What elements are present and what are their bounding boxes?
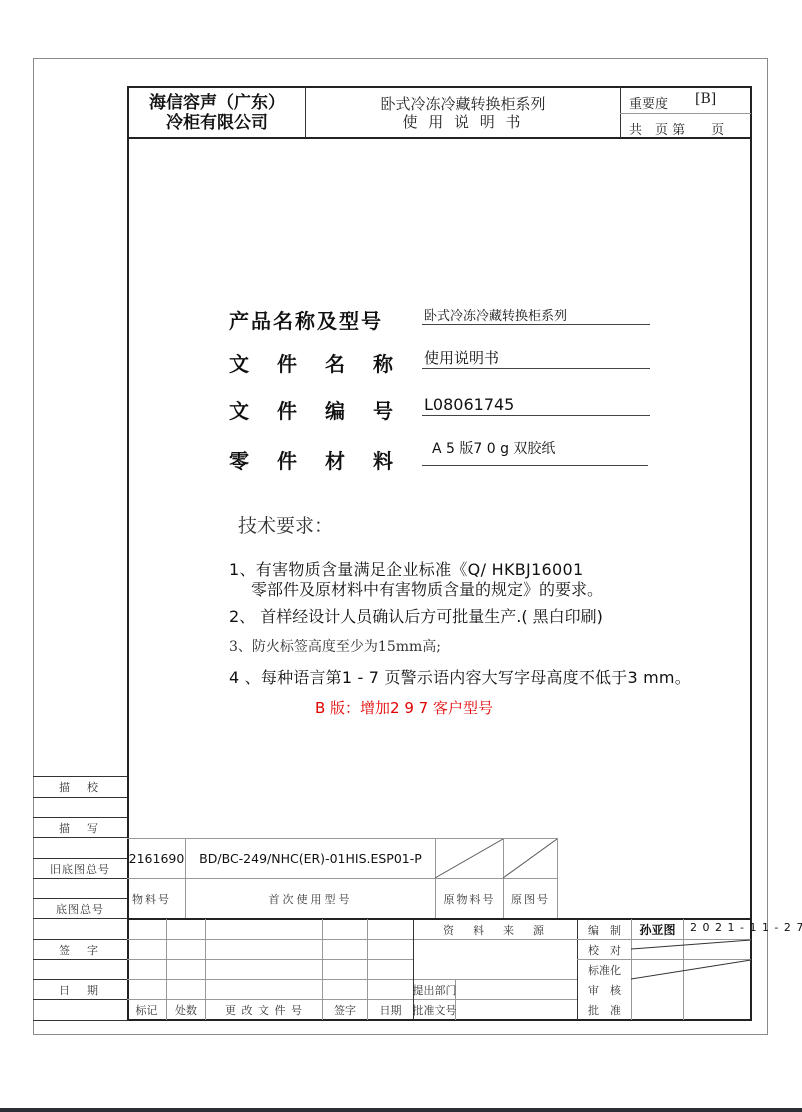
- revision-note: B 版：增加2 9 7 客户型号: [315, 697, 493, 718]
- signoff-role-review: 审 核: [578, 980, 631, 999]
- header-original-drawing-number: 原图号: [504, 879, 557, 919]
- company-line-2: 冷柜有限公司: [166, 113, 268, 133]
- header-original-material-number: 原物料号: [436, 879, 503, 919]
- signoff-date-compile: 2 0 2 1 - 1 1 - 2 7: [690, 921, 802, 934]
- submit-department-label: 提出部门: [414, 980, 455, 999]
- document-title: 卧式冷冻冷藏转换柜系列 使 用 说 明 书: [306, 88, 620, 138]
- field-label-doc-name: 文 件 名 称: [229, 348, 397, 377]
- strip-label-old-base-number: 旧底图总号: [33, 859, 127, 878]
- requirement-3: 3、防火标签高度至少为15mm高;: [229, 636, 441, 656]
- importance-label: 重要度: [629, 93, 668, 112]
- source-title: 资 料 来 源: [414, 920, 577, 939]
- rev-header-count: 处数: [167, 1000, 205, 1020]
- strip-label-date: 日 期: [33, 980, 127, 999]
- company-name: 海信容声（广东） 冷柜有限公司: [129, 88, 305, 138]
- material-number-value: 2161690: [128, 839, 185, 878]
- field-value-doc-number: L08061745: [424, 395, 514, 414]
- field-underline-product: [422, 324, 650, 325]
- rev-row-line: [127, 979, 577, 980]
- strip-label-trace: 描 写: [33, 818, 127, 837]
- header-material-number: 物料号: [128, 879, 189, 919]
- first-use-model-value: BD/BC-249/NHC(ER)-01HIS.ESP01-P: [186, 839, 435, 878]
- rev-header-change-doc-number: 更 改 文 件 号: [206, 1000, 322, 1020]
- strip-label-trace-check: 描 校: [33, 777, 127, 797]
- requirement-4: 4 、每种语言第1 - 7 页警示语内容大写字母高度不低于3 mm。: [229, 665, 691, 688]
- strip-line: [33, 959, 127, 960]
- title-line-1: 卧式冷冻冷藏转换柜系列: [380, 95, 545, 113]
- bottom-edge-bar: [0, 1108, 802, 1112]
- signoff-role-compile: 编 制: [578, 920, 631, 939]
- source-title-line: [413, 939, 577, 940]
- signoff-role-standardization: 标准化: [578, 960, 631, 979]
- rev-row-line: [127, 959, 413, 960]
- strip-line: [33, 837, 127, 838]
- header-divider-2: [620, 86, 621, 138]
- field-label-doc-number: 文 件 编 号: [229, 395, 397, 424]
- field-label-material: 零 件 材 料: [229, 445, 397, 474]
- tech-requirements-heading: 技术要求：: [238, 511, 333, 538]
- requirement-1-cont: 零部件及原材料中有害物质含量的规定》的要求。: [251, 577, 603, 600]
- rev-header-mark: 标记: [127, 1000, 166, 1020]
- signoff-role-proofread: 校 对: [578, 940, 631, 959]
- rev-header-date: 日期: [368, 1000, 413, 1020]
- strip-line: [33, 1020, 127, 1021]
- field-value-doc-name: 使用说明书: [424, 347, 499, 368]
- field-label-product: 产品名称及型号: [229, 305, 383, 334]
- title-line-2: 使 用 说 明 书: [402, 113, 523, 131]
- blank-diagonal-marks: [435, 838, 557, 879]
- strip-line: [33, 878, 127, 879]
- rev-row-line: [127, 939, 413, 940]
- strip-line: [33, 999, 127, 1000]
- field-underline-doc-number: [422, 415, 650, 416]
- header-right-midline: [620, 113, 751, 114]
- signoff-role-approve: 批 准: [578, 1000, 631, 1020]
- field-value-material: A 5 版7 0 g 双胶纸: [432, 438, 555, 458]
- material-col-line: [557, 838, 558, 919]
- company-line-1: 海信容声（广东）: [149, 93, 285, 113]
- field-value-product: 卧式冷冻冷藏转换柜系列: [424, 305, 567, 324]
- strip-line: [33, 918, 127, 919]
- field-underline-doc-name: [422, 368, 650, 369]
- strip-label-base-number: 底图总号: [33, 899, 127, 918]
- page-count-label: 共 页 第 页: [629, 119, 724, 138]
- requirement-2: 2、 首样经设计人员确认后方可批量生产.( 黑白印刷): [229, 604, 603, 627]
- rev-header-signature: 签字: [323, 1000, 367, 1020]
- strip-label-signature: 签 字: [33, 940, 127, 959]
- approval-document-label: 批准文号: [414, 1000, 455, 1020]
- strip-line: [33, 797, 127, 798]
- field-underline-material: [422, 465, 648, 466]
- signoff-name-compile: 孙亚图: [632, 920, 683, 939]
- header-first-use-model: 首次使用型号: [186, 879, 435, 919]
- importance-value: [B]: [695, 91, 716, 107]
